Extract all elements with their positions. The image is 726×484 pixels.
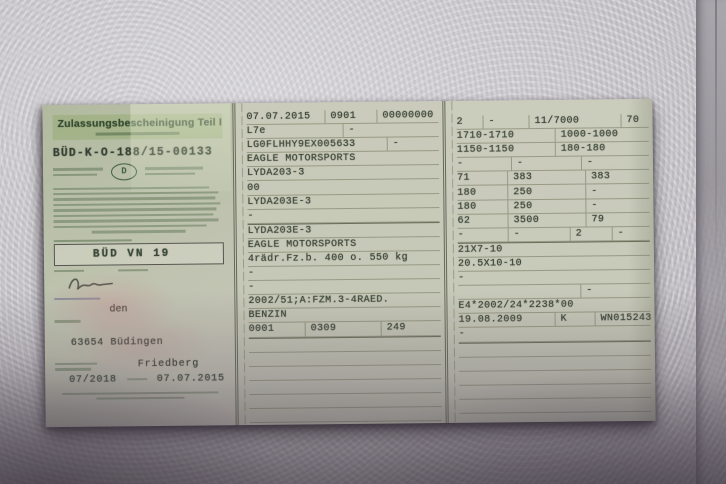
field-label-blur xyxy=(55,320,81,323)
field-label-blur xyxy=(55,363,97,371)
table-cell: 383 xyxy=(585,171,610,184)
table-cell: 4rädr.Fz.b. 400 o. 550 kg xyxy=(248,251,408,266)
table-cell: - xyxy=(581,157,594,170)
field-label-blur xyxy=(54,298,100,301)
field-label-blur xyxy=(127,378,147,380)
table-cell: WN015243 xyxy=(595,312,652,326)
table-cell: EAGLE MOTORSPORTS xyxy=(247,152,356,166)
issue-place: Friedberg xyxy=(138,358,199,370)
table-cell: - xyxy=(580,285,593,298)
table-cell: - xyxy=(247,210,254,223)
table-cell: - xyxy=(482,115,528,129)
footer-fine-print-blur xyxy=(55,391,225,400)
table-cell: E4*2002/24*2238*00 xyxy=(458,299,573,313)
table-cell xyxy=(458,285,580,299)
table-cell: 0309 xyxy=(305,322,381,336)
fine-print-blur xyxy=(145,167,203,175)
table-cell: 71 xyxy=(457,172,507,186)
table-cell: 180-180 xyxy=(555,142,606,156)
field-label-blur xyxy=(54,268,224,272)
table-cell: - xyxy=(248,281,255,294)
table-cell: LYDA203E-3 xyxy=(247,195,311,209)
table-cell: 250 xyxy=(507,185,585,199)
owner-city: 63654 Büdingen xyxy=(71,336,225,349)
document-subtitle-blur xyxy=(96,132,180,135)
card-middle-section: 07.07.2015090100000000L7e-LG0FLHHY9EX005… xyxy=(232,101,445,425)
table-cell: 62 xyxy=(457,214,507,228)
photo-of-registration-document: Zulassungsbescheinigung Teil I BÜD-K-O-1… xyxy=(0,0,726,484)
table-cell: 0001 xyxy=(249,323,305,337)
table-cell: 70 xyxy=(620,114,639,127)
table-cell: 250 xyxy=(507,199,585,213)
registration-card: Zulassungsbescheinigung Teil I BÜD-K-O-1… xyxy=(42,99,655,427)
table-cell: 00000000 xyxy=(376,109,433,123)
document-header: Zulassungsbescheinigung Teil I xyxy=(52,113,222,139)
table-cell: - xyxy=(612,227,625,240)
issue-place-row: Friedberg xyxy=(55,358,225,371)
towel-edge-crease xyxy=(715,0,717,300)
table-cell: 1710-1710 xyxy=(457,129,555,143)
table-cell: LYDA203E-3 xyxy=(248,224,312,238)
table-cell: 249 xyxy=(381,322,406,335)
card-right-section: 2-11/7000701710-17101000-10001150-115018… xyxy=(442,99,655,423)
legal-paragraph-blur xyxy=(53,186,223,234)
license-plate-field: BÜD VN 19 xyxy=(54,242,224,266)
table-cell: 07.07.2015 xyxy=(246,110,324,124)
table-cell: - xyxy=(457,158,511,172)
table-cell: 21X7-10 xyxy=(458,243,503,257)
document-number: BÜD-K-O-188/15-00133 xyxy=(53,145,223,160)
dates-row: 07/2018 07.07.2015 xyxy=(55,373,225,386)
table-row-empty xyxy=(460,412,652,423)
field-label-blur xyxy=(54,239,132,242)
table-cell: 20.5X10-10 xyxy=(458,257,522,271)
table-cell: - xyxy=(459,328,466,341)
table-cell: EAGLE MOTORSPORTS xyxy=(248,238,357,252)
table-cell: K xyxy=(555,313,595,327)
table-cell: 11/7000 xyxy=(528,114,620,128)
fine-print-blur xyxy=(53,168,103,176)
table-cell: - xyxy=(387,138,400,151)
table-cell: - xyxy=(511,157,581,171)
table-cell: 00 xyxy=(247,181,260,194)
table-cell: BENZIN xyxy=(248,309,287,322)
table-cell: 180 xyxy=(457,186,507,200)
table-cell: - xyxy=(343,124,356,137)
country-badge-row: D xyxy=(53,162,223,181)
den-label: den xyxy=(109,304,224,316)
table-cell: 0901 xyxy=(324,110,376,124)
table-cell: L7e xyxy=(247,124,343,138)
table-cell: - xyxy=(458,272,465,285)
table-cell: 1150-1150 xyxy=(457,143,555,157)
table-cell: 1000-1000 xyxy=(555,128,619,142)
background-surface-strip xyxy=(696,0,726,484)
table-cell: - xyxy=(585,199,598,212)
table-cell: - xyxy=(508,227,570,241)
table-cell: 2 xyxy=(570,227,612,241)
technical-data-table: 2-11/7000701710-17101000-10001150-115018… xyxy=(445,99,655,423)
table-cell: - xyxy=(585,185,598,198)
table-cell: 2002/51;A:FZM.3-4RAED. xyxy=(248,294,389,309)
table-cell: LG0FLHHY9EX005633 xyxy=(247,138,387,153)
table-cell: 19.08.2009 xyxy=(459,313,555,327)
table-cell: - xyxy=(458,228,508,242)
card-left-section: Zulassungsbescheinigung Teil I BÜD-K-O-1… xyxy=(42,103,235,427)
table-cell: 79 xyxy=(585,213,604,226)
issue-date: 07.07.2015 xyxy=(157,373,225,385)
inspection-date: 07/2018 xyxy=(69,374,117,385)
table-cell: 383 xyxy=(507,171,585,185)
document-title: Zulassungsbescheinigung Teil I xyxy=(57,116,217,130)
vehicle-data-table: 07.07.2015090100000000L7e-LG0FLHHY9EX005… xyxy=(235,101,445,425)
table-cell: - xyxy=(248,267,255,280)
table-cell: 180 xyxy=(457,200,507,214)
handwritten-signature xyxy=(66,273,130,294)
table-cell: 3500 xyxy=(507,213,585,227)
table-cell: 2 xyxy=(456,116,482,129)
table-cell: LYDA203-3 xyxy=(247,167,305,181)
country-oval-badge: D xyxy=(111,163,137,180)
